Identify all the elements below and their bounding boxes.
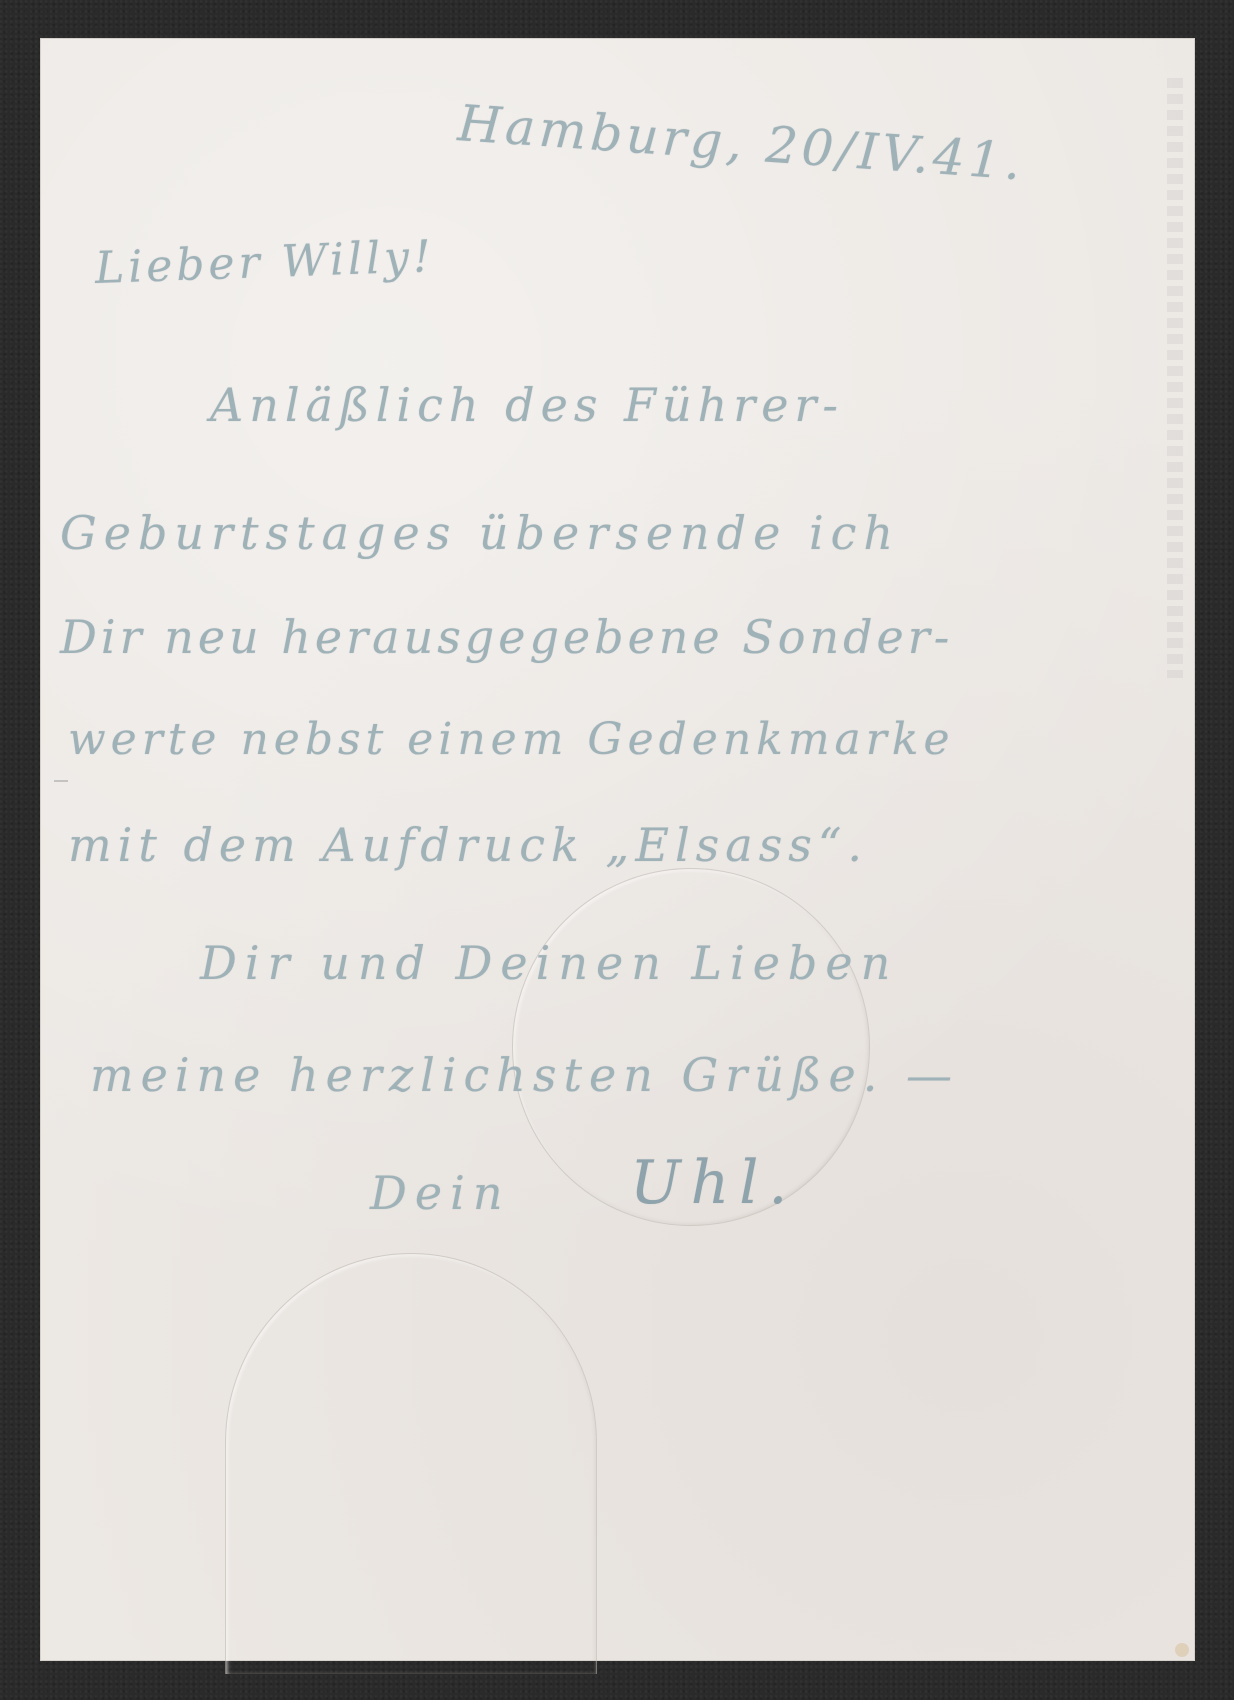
postcard: Hamburg, 20/IV.41. Lieber Willy! Anläßli… (40, 38, 1195, 1661)
signature: Uhl. (630, 1148, 797, 1218)
place-date: Hamburg, 20/IV.41. (456, 94, 1026, 191)
embossed-circle-lower (225, 1253, 597, 1674)
salutation: Lieber Willy! (94, 231, 435, 294)
body-line-3: Dir neu herausgegebene Sonder- (60, 610, 953, 664)
body-line-4: werte nebst einem Gedenkmarke (68, 714, 955, 765)
body-line-1: Anläßlich des Führer- (210, 378, 844, 432)
closing: Dein (370, 1166, 510, 1220)
body-line-5: mit dem Aufdruck „Elsass“. (68, 818, 868, 872)
printed-edge-text (1167, 78, 1183, 678)
body-line-6: Dir und Deinen Lieben (200, 936, 898, 990)
body-line-2: Geburtstages übersende ich (60, 506, 900, 560)
body-line-7: meine herzlichsten Grüße. — (90, 1048, 959, 1102)
corner-stain (1175, 1643, 1189, 1657)
edge-mark (54, 780, 68, 782)
